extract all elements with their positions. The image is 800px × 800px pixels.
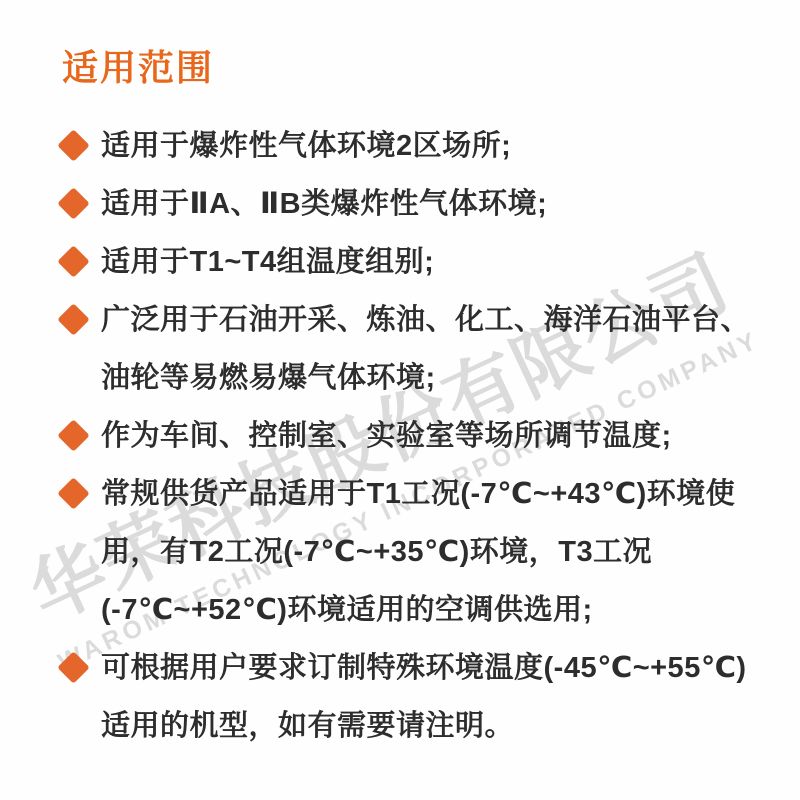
diamond-bullet-icon bbox=[57, 477, 90, 510]
bullet-text: 可根据用户要求订制特殊环境温度(-45℃~+55℃)适用的机型，如有需要请注明。 bbox=[101, 652, 747, 742]
document-page: 华荣科技股份有限公司 WAROM TECHNOLOGY INCORPORATED… bbox=[0, 0, 800, 800]
diamond-bullet-icon bbox=[57, 419, 90, 452]
list-item: 常规供货产品适用于T1工况(-7℃~+43℃)环境使用，有T2工况(-7℃~+3… bbox=[60, 465, 750, 639]
diamond-bullet-icon bbox=[57, 187, 90, 220]
page-title: 适用范围 bbox=[62, 40, 214, 91]
list-item: 适用于爆炸性气体环境2区场所; bbox=[60, 117, 750, 175]
diamond-bullet-icon bbox=[57, 245, 90, 278]
list-item: 广泛用于石油开采、炼油、化工、海洋石油平台、油轮等易燃易爆气体环境; bbox=[60, 291, 750, 407]
bullet-text: 作为车间、控制室、实验室等场所调节温度; bbox=[101, 420, 672, 452]
list-item: 适用于ⅡA、ⅡB类爆炸性气体环境; bbox=[60, 175, 750, 233]
diamond-bullet-icon bbox=[57, 651, 90, 684]
list-item: 可根据用户要求订制特殊环境温度(-45℃~+55℃)适用的机型，如有需要请注明。 bbox=[60, 639, 750, 755]
bullet-text: 常规供货产品适用于T1工况(-7℃~+43℃)环境使用，有T2工况(-7℃~+3… bbox=[101, 478, 735, 626]
diamond-bullet-icon bbox=[57, 303, 90, 336]
list-item: 适用于T1~T4组温度组别; bbox=[60, 233, 750, 291]
bullet-text: 适用于ⅡA、ⅡB类爆炸性气体环境; bbox=[101, 188, 547, 220]
bullet-text: 适用于爆炸性气体环境2区场所; bbox=[101, 130, 511, 162]
bullet-text: 适用于T1~T4组温度组别; bbox=[101, 246, 434, 278]
bullet-text: 广泛用于石油开采、炼油、化工、海洋石油平台、油轮等易燃易爆气体环境; bbox=[101, 304, 750, 394]
bullet-list: 适用于爆炸性气体环境2区场所; 适用于ⅡA、ⅡB类爆炸性气体环境; 适用于T1~… bbox=[60, 117, 750, 755]
diamond-bullet-icon bbox=[57, 129, 90, 162]
list-item: 作为车间、控制室、实验室等场所调节温度; bbox=[60, 407, 750, 465]
